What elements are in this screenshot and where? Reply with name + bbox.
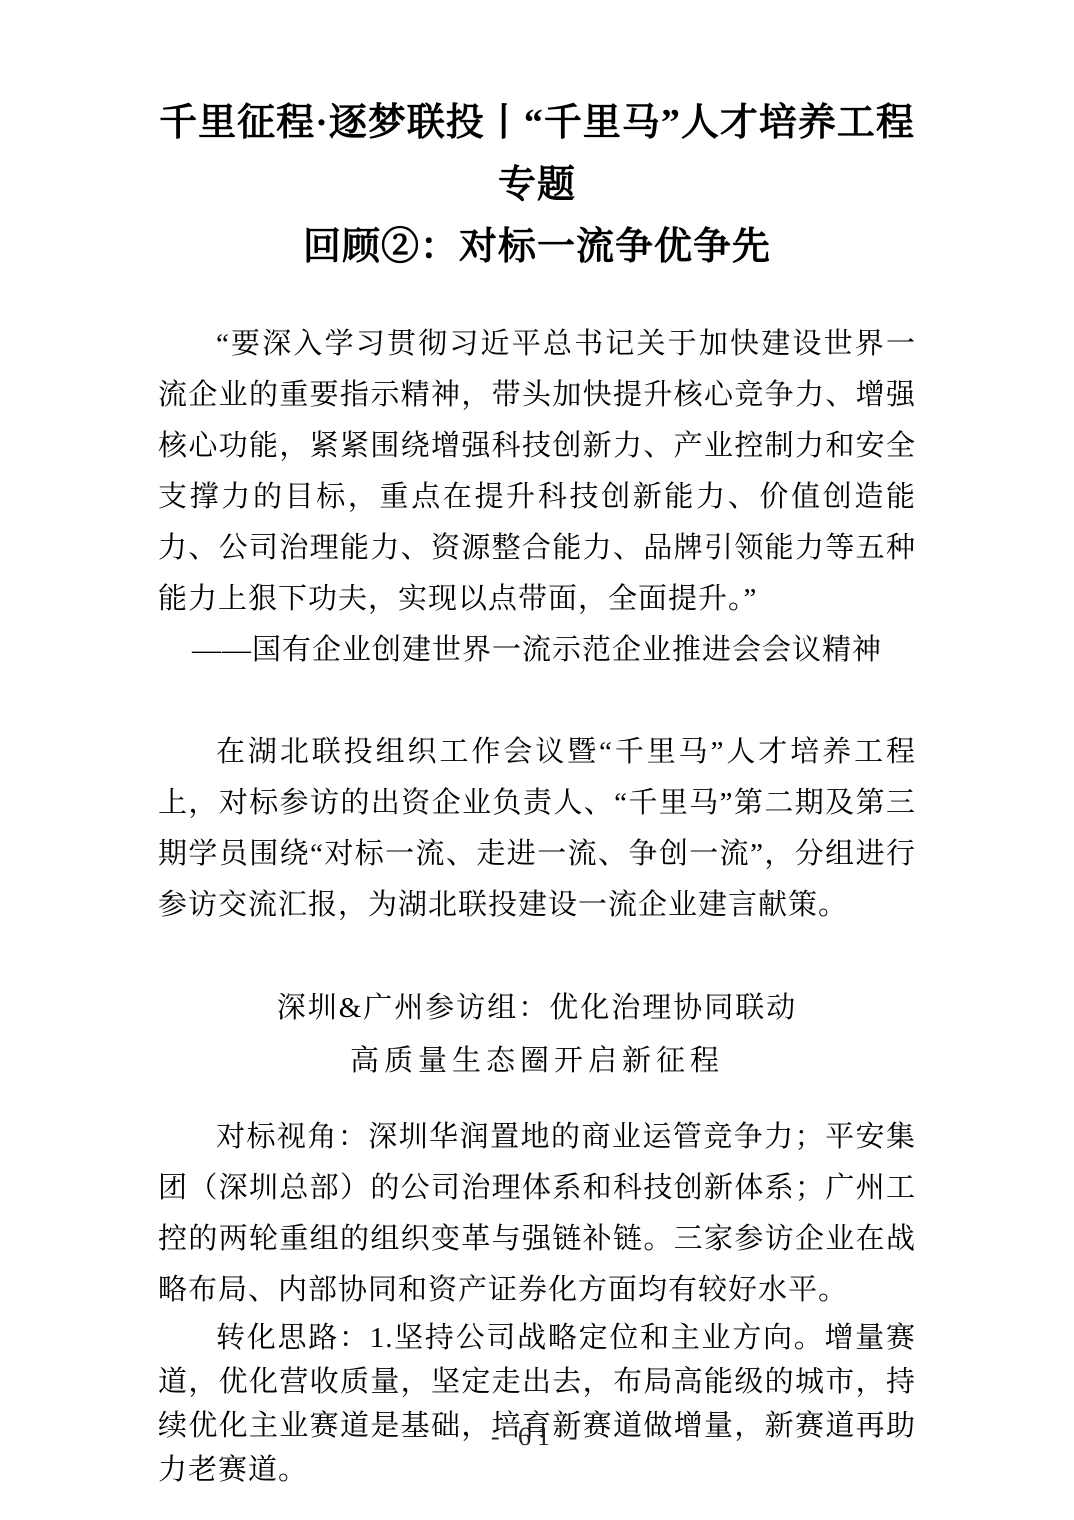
subheading-line-2: 高质量生态圈开启新征程 [158,1035,916,1088]
leading-quote-paragraph: “要深入学习贯彻习近平总书记关于加快建设世界一流企业的重要指示精神，带头加快提升… [158,319,916,625]
document-page: 千里征程·逐梦联投丨“千里马”人才培养工程专题 回顾②：对标一流争优争先 “要深… [0,0,1074,1520]
intro-paragraph: 在湖北联投组织工作会议暨“千里马”人才培养工程上，对标参访的出资企业负责人、“千… [158,727,916,931]
document-title-line-1: 千里征程·逐梦联投丨“千里马”人才培养工程专题 [158,92,916,216]
document-title: 千里征程·逐梦联投丨“千里马”人才培养工程专题 回顾②：对标一流争优争先 [158,92,916,278]
transformation-ideas-paragraph: 转化思路：1.坚持公司战略定位和主业方向。增量赛道，优化营收质量，坚定走出去，布… [158,1316,916,1492]
page-number: - 61 - [0,1422,1074,1452]
quote-attribution: ——国有企业创建世界一流示范企业推进会会议精神 [158,625,916,676]
page-content: 千里征程·逐梦联投丨“千里马”人才培养工程专题 回顾②：对标一流争优争先 “要深… [158,0,916,1492]
benchmark-perspective-paragraph: 对标视角：深圳华润置地的商业运管竞争力；平安集团（深圳总部）的公司治理体系和科技… [158,1112,916,1316]
subheading-line-1: 深圳&广州参访组：优化治理协同联动 [158,982,916,1035]
section-subheading: 深圳&广州参访组：优化治理协同联动 高质量生态圈开启新征程 [158,982,916,1088]
document-title-line-2: 回顾②：对标一流争优争先 [158,216,916,278]
